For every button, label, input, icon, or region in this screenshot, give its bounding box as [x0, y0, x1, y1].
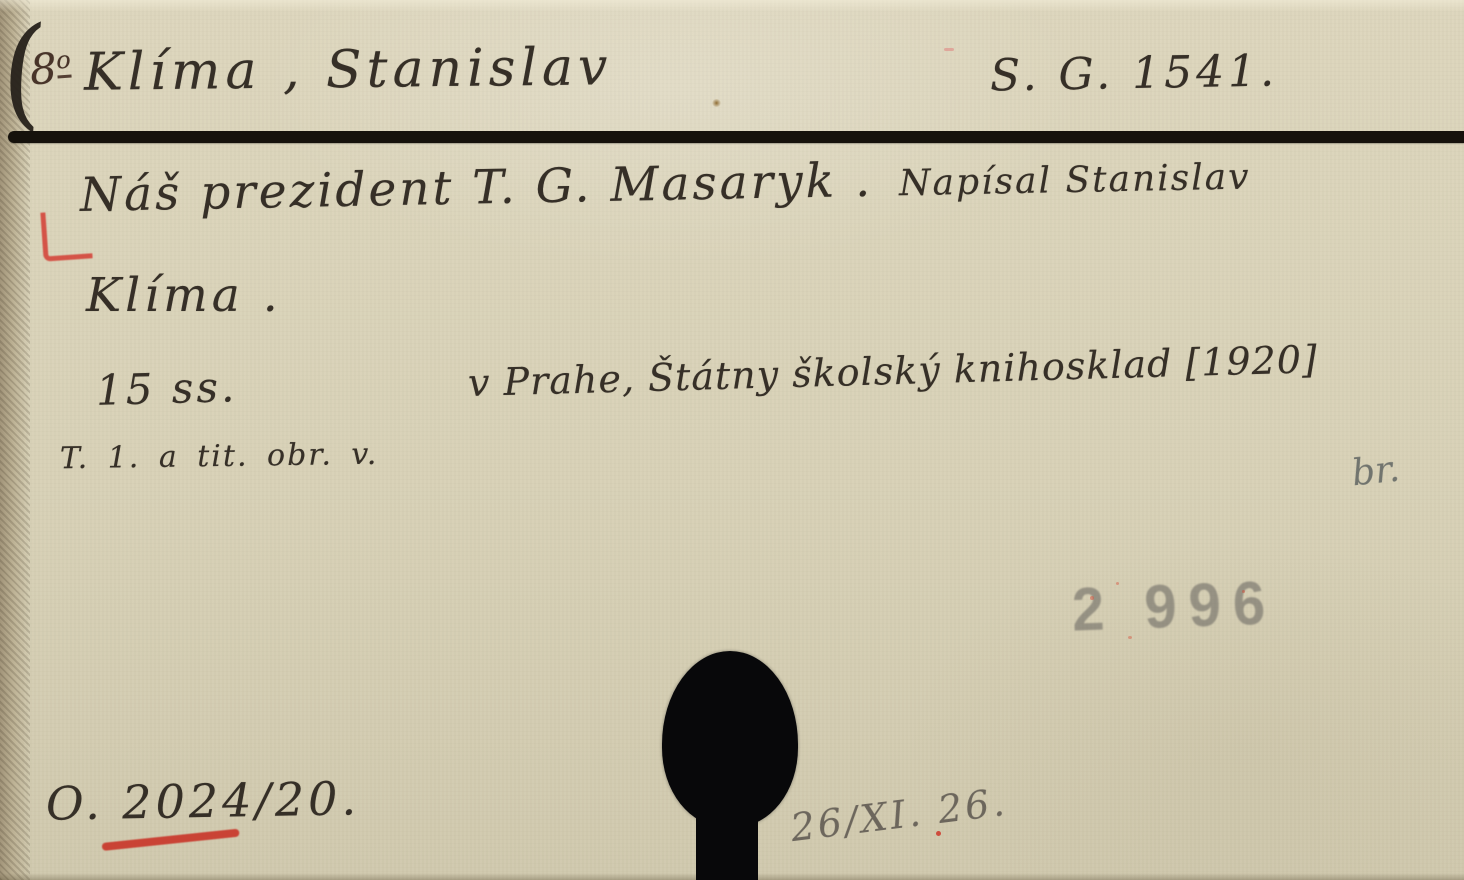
statement-of-responsibility: Napísal Stanislav — [899, 157, 1251, 205]
accession-stamp: 2 996 — [1071, 573, 1278, 641]
punch-hole-stem — [696, 788, 758, 880]
binding-note: br. — [1350, 452, 1401, 493]
title: Náš prezident T. G. Masaryk . — [79, 153, 873, 223]
acquisition-number: O. 2024/20. — [46, 775, 361, 826]
red-underline — [102, 829, 240, 851]
format-size: 8o — [29, 47, 73, 92]
header-rule — [8, 131, 1464, 143]
illustration-note: T. 1. a tit. obr. v. — [60, 440, 379, 474]
red-speck — [1090, 596, 1094, 600]
red-speck — [1116, 582, 1119, 585]
red-speck — [1242, 590, 1245, 593]
statement-of-responsibility-line2: Klíma . — [86, 272, 282, 319]
author-heading: Klíma , Stanislav — [84, 41, 613, 99]
title-line: Náš prezident T. G. Masaryk .Napísal Sta… — [80, 150, 1251, 219]
paper-speck — [712, 99, 721, 107]
extent-note: 15 ss. — [95, 366, 237, 412]
red-speck — [944, 48, 954, 51]
format-ordinal: o — [55, 46, 72, 79]
shelfmark: S. G. 1541. — [990, 49, 1279, 98]
red-speck — [1128, 636, 1132, 639]
date-annotation: 26/XI. 26. — [788, 783, 1009, 847]
scan-edge-top — [0, 0, 1464, 12]
format-number: 8 — [28, 44, 58, 95]
imprint: v Prahe, Štátny školský knihosklad [1920… — [467, 340, 1318, 402]
catalog-card: Klíma , Stanislav S. G. 1541. ( 8o Náš p… — [0, 0, 1464, 880]
